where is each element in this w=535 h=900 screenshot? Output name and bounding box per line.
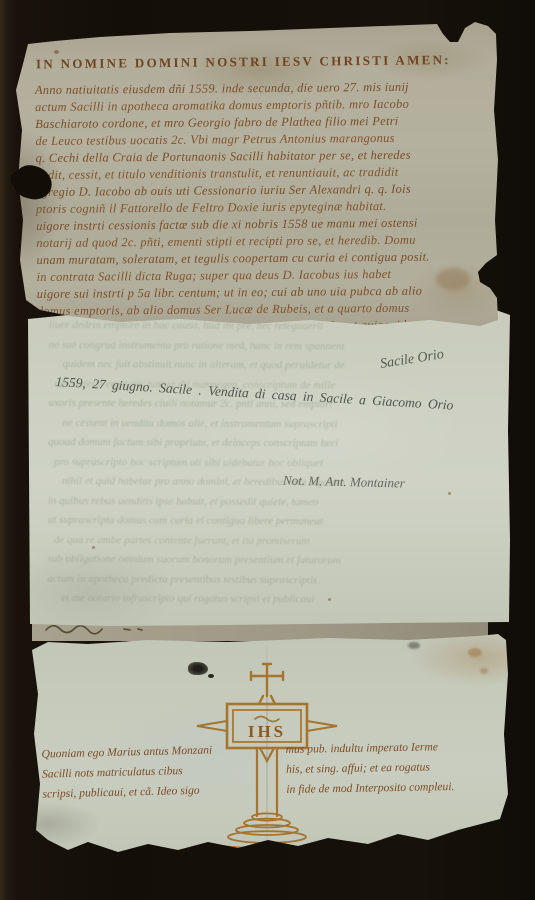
text-line: ne cessent in uendita domos alie, et ins… (48, 413, 488, 435)
stain (436, 268, 470, 290)
text-line: actum in apotheca predicta presentibus t… (47, 569, 487, 591)
rust-spot (68, 32, 75, 37)
archival-note-sheet: liuer dedrin emptore in hac causa, hud i… (28, 310, 510, 626)
ink-blot (208, 674, 214, 678)
notary-initials: M. M. (241, 850, 293, 865)
speck (448, 492, 451, 495)
notarial-sign-page: IHS M. M. Quoniam ego Marius antus Monza… (28, 634, 510, 882)
text-line: pro suprascripto hoc scriptum uti sibi u… (48, 452, 488, 474)
text-line: sub obligatione omnium suorum bonorum pr… (47, 550, 487, 572)
manuscript-photo: IN NOMINE DOMINI NOSTRI IESV CHRISTI AME… (0, 0, 535, 900)
text-line: quoad domum factum sibi proprium, et dei… (48, 433, 488, 455)
text-line: in quibus rebus uenditis ipse habuit, et… (48, 491, 488, 513)
speck (328, 598, 331, 601)
ink-blot (188, 662, 208, 675)
ihs-monogram: IHS (248, 722, 286, 741)
rust-spot (468, 648, 482, 657)
rust-spot (54, 50, 59, 54)
eschatocol-right: mus pub. indultu imperato Iermehis, et s… (285, 736, 504, 800)
deed-page: IN NOMINE DOMINI NOSTRI IESV CHRISTI AME… (10, 20, 510, 344)
text-line: et me notario infrascripto qui rogatus s… (47, 589, 487, 611)
speck (92, 546, 95, 549)
text-line: de qua re ambe partes contente fuerunt, … (48, 530, 488, 552)
deed-heading: IN NOMINE DOMINI NOSTRI IESV CHRISTI AME… (36, 52, 498, 73)
text-line: in fide de mod Interposito compleui. (286, 776, 504, 800)
smudge (408, 642, 420, 649)
deed-body: Anno natiuitatis eiusdem dñi 1559. inde … (35, 78, 503, 337)
text-line: nihil et quid habetur pro anno domini, e… (48, 472, 488, 494)
eschatocol-left: Quoniam ego Marius antus MonzaniSacilli … (41, 739, 254, 804)
notary-annotation: Not. M. Ant. Montainer (283, 472, 405, 491)
text-line: ut suprascripta domus cum curia ei conti… (48, 511, 488, 533)
rust-spot (480, 668, 488, 674)
